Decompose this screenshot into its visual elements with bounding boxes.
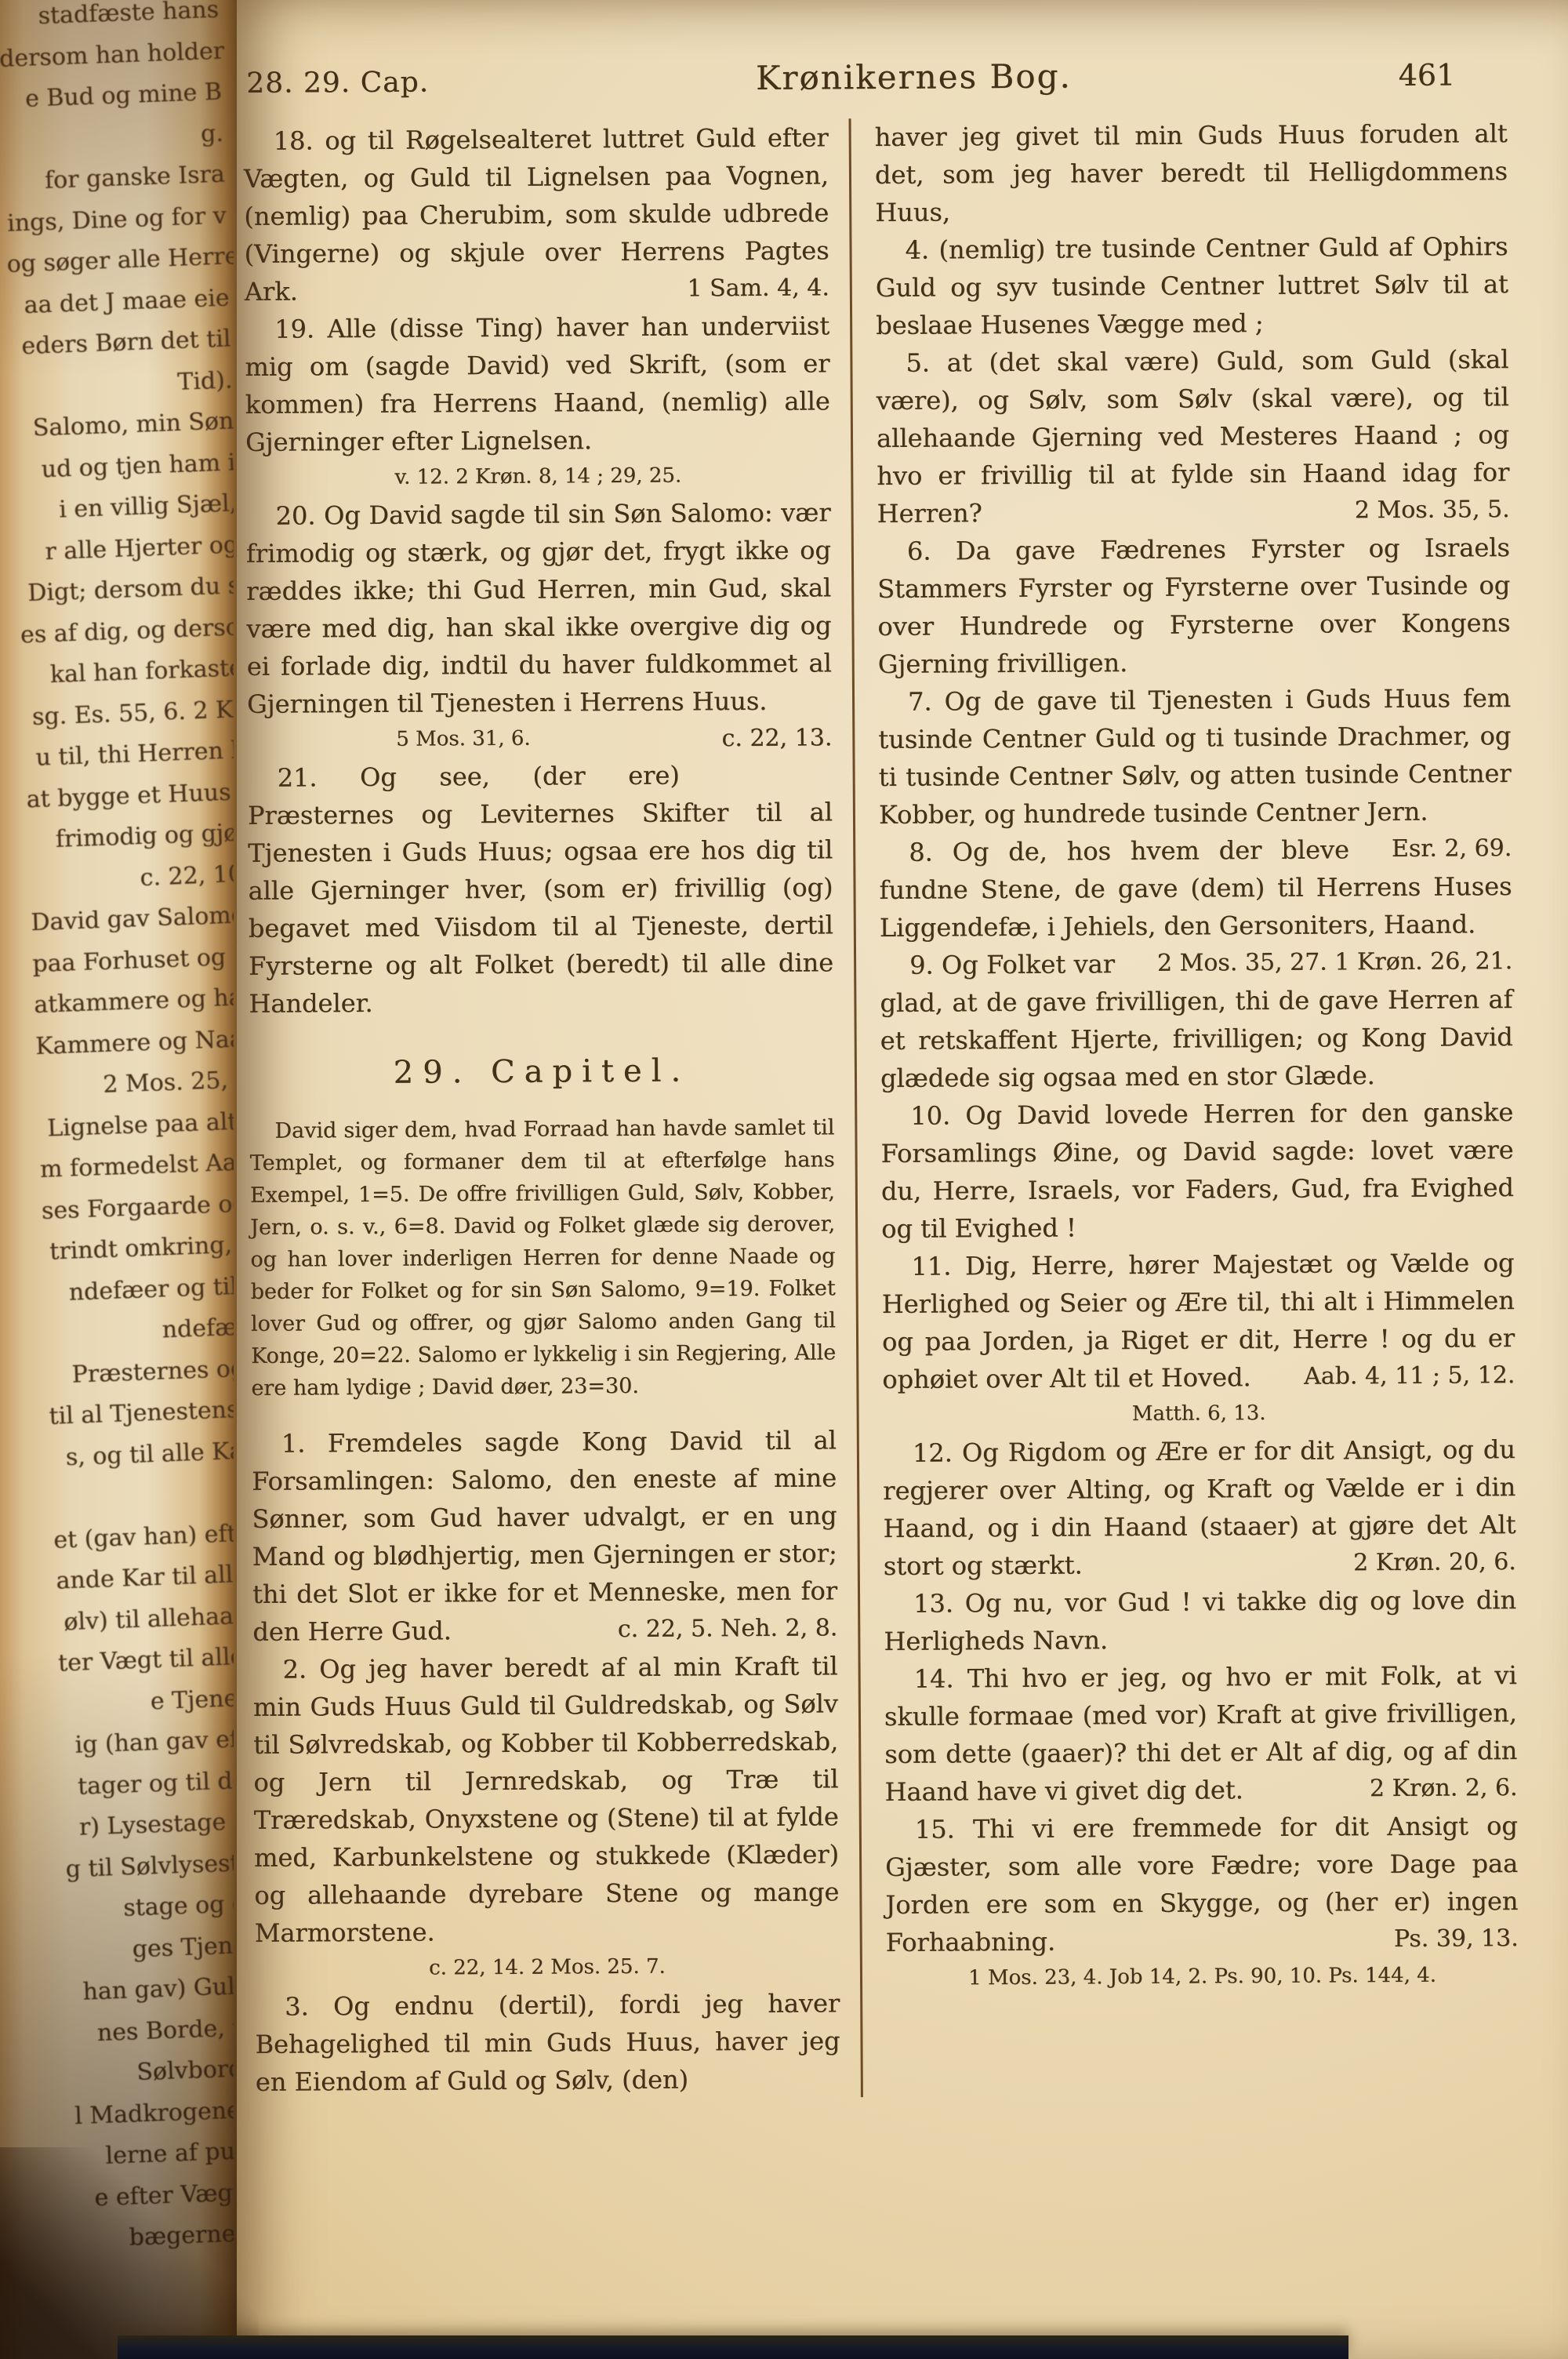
verse-text: 19. Alle (disse Ting) haver han undervii… (245, 311, 830, 457)
verse-18: 18. og til Røgelsealteret luttret Guld e… (244, 118, 829, 311)
verse-text: 3. Og endnu (dertil), fordi jeg haver Be… (255, 1988, 840, 2097)
verse-crossref: Ps. 39, 13. (1352, 1920, 1519, 1958)
verse-7: 7. Og de gave til Tjenesten i Guds Huus … (878, 679, 1512, 834)
margin-fragment-line: Kammere og Naade (34, 1018, 234, 1067)
margin-fragment-line: ndefæer, (45, 1306, 234, 1355)
right-column: haver jeg givet til min Guds Huus forude… (849, 114, 1519, 2097)
verse-text: 4. (nemlig) tre tusinde Centner Guld af … (876, 231, 1508, 340)
verse-text: 20. Og David sagde til sin Søn Salomo: v… (246, 497, 832, 719)
verse-crossref: Esr. 2, 69. (1349, 830, 1512, 868)
verse-1: 1. Fremdeles sagde Kong David til al For… (252, 1421, 838, 1651)
verse-crossref: Aab. 4, 11 ; 5, 12. (1261, 1357, 1515, 1396)
margin-fragment-line: te. (51, 1470, 234, 1520)
margin-fragment-line: sg. Es. 55, 6. 2 Kr (23, 689, 234, 738)
left-column: 18. og til Røgelsealteret luttret Guld e… (244, 118, 861, 2101)
margin-fragment-line: u til, thi Herren h (24, 730, 234, 780)
verse-crossref: 2 Mos. 35, 5. (1312, 491, 1510, 530)
crossref-line: Matth. 6, 13. (882, 1394, 1515, 1433)
crossref-line: c. 22, 14. 2 Mos. 25. 7. (255, 1948, 840, 1986)
verse-19: 19. Alle (disse Ting) haver han undervii… (245, 307, 830, 461)
margin-fragments: stadfæste hansdersom han holdere Bud og … (0, 0, 234, 2302)
verse-10: 10. Og David lovede Herren for den gansk… (880, 1093, 1514, 1248)
chapter-label: 28. 29. Cap. (246, 67, 429, 100)
verse-15: 15. Thi vi ere fremmede for dit Ansigt o… (885, 1807, 1519, 1961)
margin-fragment-line: s, og til alle Kar t (50, 1429, 234, 1478)
page-number: 461 (1399, 58, 1456, 93)
verse-21: 21. Og see, (der ere) Præsternes og Levi… (248, 755, 834, 1023)
margin-fragment-line: Sølvbordene; (72, 2046, 234, 2095)
margin-fragment-line: es af dig, og dersom (20, 606, 234, 656)
verse-6: 6. Da gave Fædrenes Fyrster og Israels S… (877, 529, 1511, 683)
verse-12: 12. Og Rigdom og Ære er for dit Ansigt, … (883, 1430, 1516, 1585)
margin-fragment-line: paa Forhuset og ha (31, 936, 234, 985)
margin-fragment-line: et (gav han) efter Gu (53, 1511, 234, 1561)
margin-fragment-line: bægerne efter (78, 2211, 234, 2260)
verse-5: 5. at (det skal være) Guld, som Guld (sk… (876, 340, 1509, 533)
verse-text: 10. Og David lovede Herren for den gansk… (880, 1097, 1514, 1244)
margin-fragment-line: nes Borde, til hv (71, 2005, 234, 2055)
margin-fragment-line: ndefæer og til N (44, 1265, 234, 1314)
verse-crossref: 2 Krøn. 20, 6. (1311, 1543, 1516, 1583)
verse-text: 6. Da gave Fædrenes Fyrster og Israels S… (877, 533, 1511, 679)
verse-text: 2. Og jeg haver beredt af al min Kraft t… (253, 1651, 840, 1948)
facing-page-edge: stadfæste hansdersom han holdere Bud og … (0, 0, 237, 2359)
verse-20: 20. Og David sagde til sin Søn Salomo: v… (245, 493, 832, 723)
margin-fragment-line: David gav Salomo, s (31, 894, 234, 943)
verse-2: 2. Og jeg haver beredt af al min Kraft t… (252, 1647, 839, 1952)
book-title: Krønikernes Bog. (756, 56, 1072, 96)
margin-fragment-line: m formedelst Aande (39, 1141, 234, 1190)
verse-4: 4. (nemlig) tre tusinde Centner Guld af … (875, 227, 1508, 344)
margin-fragment-line: ter Vægt til allehaan (57, 1635, 234, 1685)
crossref-line: 1 Mos. 23, 4. Job 14, 2. Ps. 90, 10. Ps.… (886, 1957, 1519, 1996)
margin-fragment-line: g til Sølvlysestager (65, 1841, 234, 1890)
text-columns: 18. og til Røgelsealteret luttret Guld e… (244, 114, 1519, 2101)
margin-fragment-line: Præsternes og L (47, 1347, 234, 1396)
chapter-summary: David siger dem, hvad Forraad han havde … (249, 1111, 836, 1405)
margin-fragment-line: til al Tjenestens Gj (49, 1388, 234, 1438)
verse-crossref: c. 22, 13. (679, 719, 832, 758)
verse-13: 13. Og nu, vor Gud ! vi takke dig og lov… (884, 1581, 1517, 1660)
margin-fragment-line: lerne af puurt G (75, 2128, 234, 2178)
margin-fragment-line: kal han forkaste (21, 648, 234, 697)
verse-3-continuation: haver jeg givet til min Guds Huus forude… (875, 114, 1508, 231)
margin-fragment-line: ande Kar til alleha (54, 1553, 234, 1602)
margin-fragment-line: atkammere og hans (33, 976, 234, 1026)
verse-3: 3. Og endnu (dertil), fordi jeg haver Be… (255, 1984, 840, 2101)
verse-crossref: 1 Sam. 4, 4. (644, 269, 829, 307)
margin-fragment-line: e efter Vægt til B (77, 2170, 234, 2219)
margin-fragment-line: ig (han gav efter) (60, 1717, 234, 1767)
running-header: 28. 29. Cap. Krønikernes Bog. 461 (243, 54, 1507, 100)
margin-fragment-line: r) Lysestage og d (64, 1800, 234, 1849)
verse-11: 11. Dig, Herre, hører Majestæt og Vælde … (881, 1244, 1515, 1398)
verse-crossref: 2 Mos. 35, 27. 1 Krøn. 26, 21. (1115, 943, 1512, 983)
margin-fragment-line: 2 M (80, 2252, 234, 2302)
verse-crossref: 2 Krøn. 2, 6. (1327, 1769, 1518, 1808)
margin-fragment-line: stage og dens (67, 1882, 234, 1932)
verse-14: 14. Thi hvo er jeg, og hvo er mit Folk, … (884, 1656, 1518, 1811)
verse-crossref: c. 22, 5. Neh. 2, 8. (575, 1609, 838, 1648)
margin-fragment-line: frimodig og gjør (27, 812, 234, 861)
margin-fragment-line: ges Tjeneste. (68, 1923, 234, 1972)
margin-fragment-line: 2 Mos. 25, 9. (36, 1059, 234, 1108)
chapter-heading: 29. Capitel. (249, 1052, 834, 1092)
margin-fragment-line: han gav) Guld (til (70, 1964, 234, 2013)
margin-fragment-line: tager og til deres (62, 1758, 234, 1808)
table-edge (118, 2335, 1348, 2359)
crossref-line: v. 12. 2 Krøn. 8, 14 ; 29, 25. (245, 457, 830, 496)
margin-fragment-line: c. 22, 10. (29, 853, 234, 903)
verse-text: 7. Og de gave til Tjenesten i Guds Huus … (878, 683, 1512, 830)
margin-fragment-line: l Madkrogene og B (74, 2088, 234, 2137)
previous-page-text-strip: stadfæste hansdersom han holdere Bud og … (0, 0, 234, 2359)
margin-fragment-line: ølv) til allehaande (56, 1594, 234, 1643)
margin-fragment-line: Lignelse paa alt d (38, 1100, 234, 1150)
verse-text: haver jeg givet til min Guds Huus forude… (875, 118, 1508, 227)
page-content: 28. 29. Cap. Krønikernes Bog. 461 18. og… (243, 54, 1519, 2101)
margin-fragment-line: trindt omkring, til (42, 1223, 234, 1273)
margin-fragment-line: at bygge et Huus til (26, 771, 234, 820)
margin-fragment-line: e Tjeneste. (59, 1676, 234, 1725)
verse-text: 21. Og see, (der ere) Præsternes og Levi… (248, 761, 833, 1019)
margin-fragment-line: ses Forgaarde og a (41, 1183, 234, 1232)
verse-text: 13. Og nu, vor Gud ! vi takke dig og lov… (884, 1585, 1516, 1656)
